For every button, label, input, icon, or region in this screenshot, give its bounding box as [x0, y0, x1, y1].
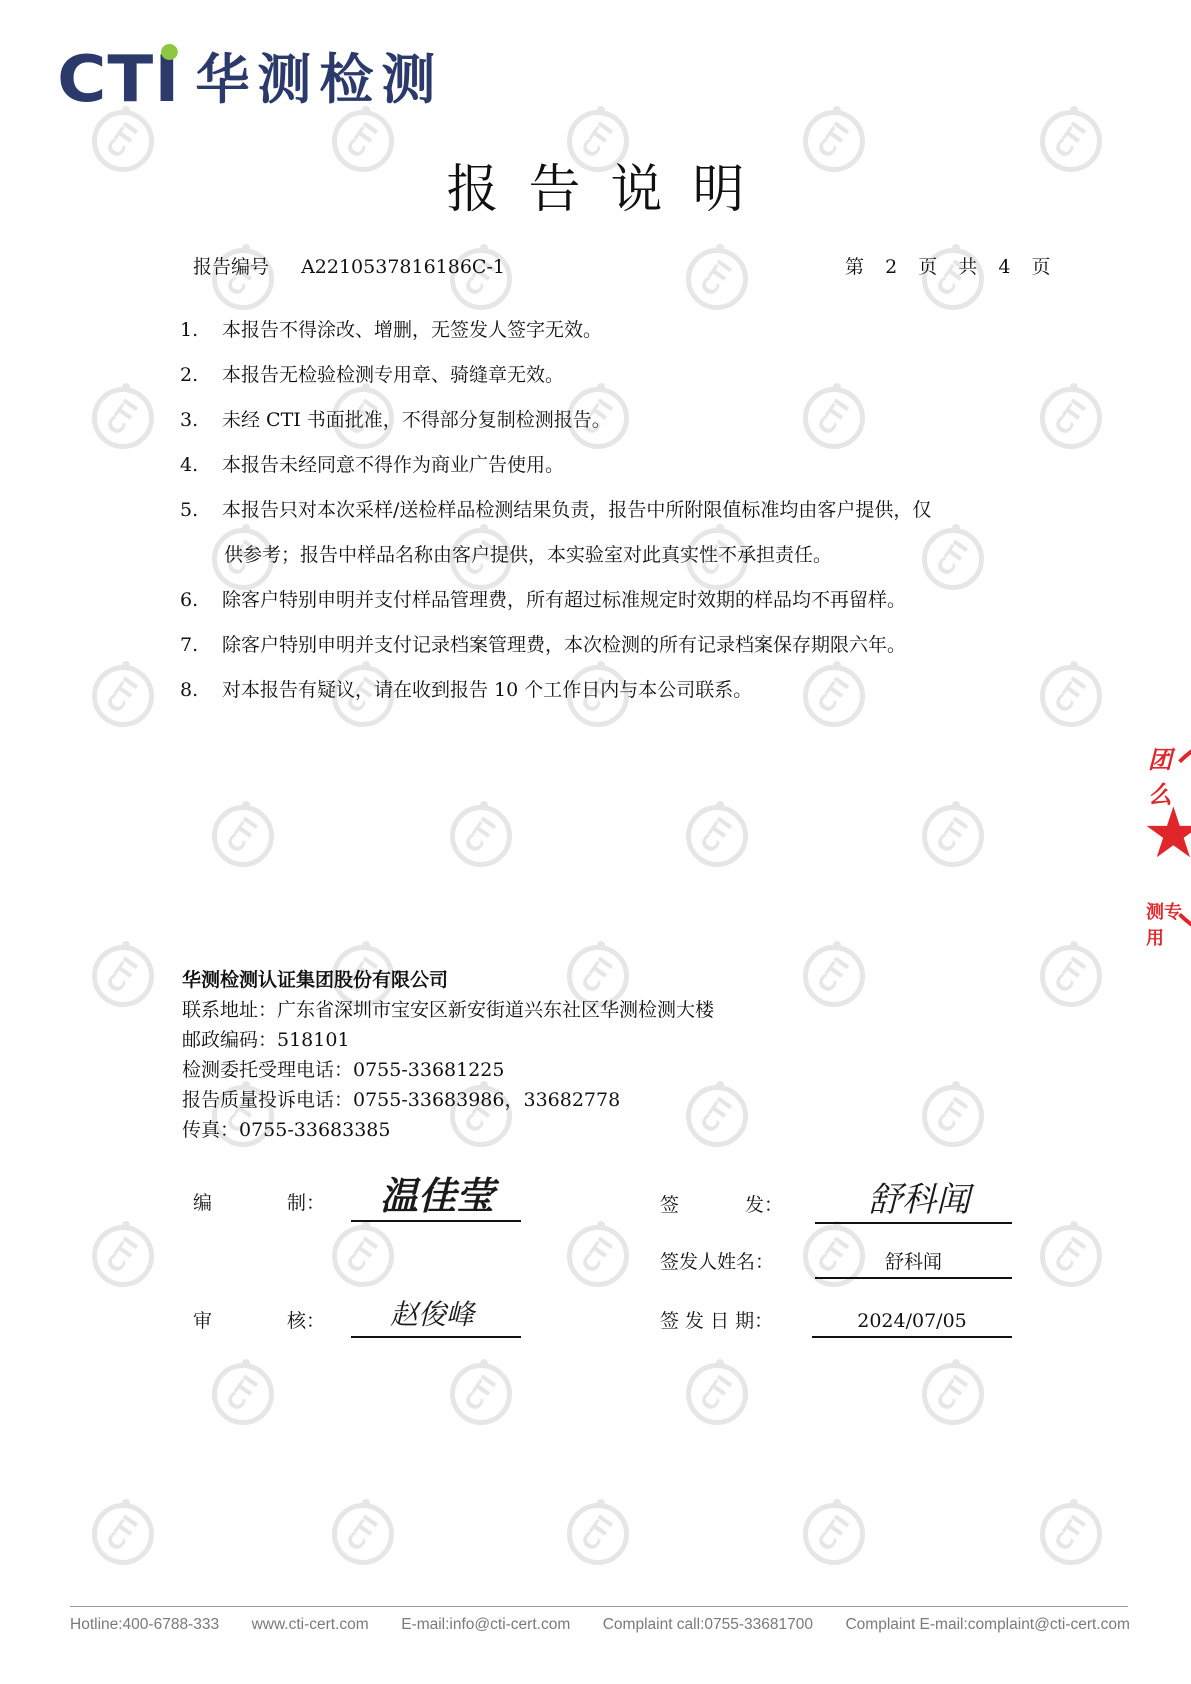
clause-number: 5.	[180, 488, 222, 533]
issuer-name: 舒科闻	[815, 1247, 1012, 1274]
clause-text: 未经 CTI 书面批准，不得部分复制检测报告。	[222, 398, 1010, 443]
footer-complaint-email[interactable]: Complaint E-mail:complaint@cti-cert.com	[845, 1616, 1129, 1634]
clause-continuation: 供参考；报告中样品名称由客户提供，本实验室对此真实性不承担责任。	[180, 533, 1010, 578]
clause-item: 5. 本报告只对本次采样/送检样品检测结果负责，报告中所附限值标准均由客户提供，…	[180, 488, 1010, 533]
clause-item: 8. 对本报告有疑议，请在收到报告 10 个工作日内与本公司联系。	[180, 668, 1010, 713]
clause-item: 3. 未经 CTI 书面批准，不得部分复制检测报告。	[180, 398, 1010, 443]
company-info: 华测检测认证集团股份有限公司 联系地址：广东省深圳市宝安区新安街道兴东社区华测检…	[182, 965, 714, 1145]
clause-text: 本报告无检验检测专用章、骑缝章无效。	[222, 353, 1010, 398]
company-name: 华测检测认证集团股份有限公司	[182, 965, 714, 995]
footer-contact-bar: Hotline:400-6788-333 www.cti-cert.com E-…	[70, 1616, 1130, 1634]
clause-text: 除客户特别申明并支付记录档案管理费，本次检测的所有记录档案保存期限六年。	[222, 623, 1010, 668]
compiler-signature: 温佳莹	[380, 1165, 494, 1220]
page-current: 2	[885, 256, 897, 278]
clause-text: 本报告未经同意不得作为商业广告使用。	[222, 443, 1010, 488]
page-suffix: 页	[1031, 256, 1050, 278]
reviewer-signature: 赵俊峰	[390, 1293, 474, 1333]
clause-text: 本报告不得涂改、增删，无签发人签字无效。	[222, 308, 1010, 353]
reviewer-label-b: 核：	[287, 1306, 325, 1333]
clause-number: 7.	[180, 623, 222, 668]
issue-date-label: 签 发 日 期：	[660, 1306, 773, 1333]
clause-number: 6.	[180, 578, 222, 623]
page-indicator: 第 2 页 共 4 页	[845, 252, 1059, 279]
footer-divider	[70, 1606, 1128, 1607]
issuer-name-label: 签发人姓名：	[660, 1247, 774, 1274]
reviewer-label-a: 审	[193, 1306, 212, 1333]
clause-number: 8.	[180, 668, 222, 713]
clause-item: 4. 本报告未经同意不得作为商业广告使用。	[180, 443, 1010, 488]
company-address: 联系地址：广东省深圳市宝安区新安街道兴东社区华测检测大楼	[182, 995, 714, 1025]
issuer-signature: 舒科闻	[868, 1172, 970, 1221]
footer-hotline: Hotline:400-6788-333	[70, 1616, 219, 1634]
report-number: 报告编号 A2210537816186C-1	[193, 252, 505, 279]
clause-text: 供参考；报告中样品名称由客户提供，本实验室对此真实性不承担责任。	[180, 533, 1010, 578]
page-title: 报告说明	[0, 160, 1191, 220]
clause-list: 1. 本报告不得涂改、增删，无签发人签字无效。 2. 本报告无检验检测专用章、骑…	[180, 308, 1010, 713]
reviewer-signature-line	[351, 1336, 521, 1338]
issuer-name-line	[815, 1277, 1012, 1279]
issuer-label-b: 发：	[745, 1190, 783, 1217]
clause-item: 1. 本报告不得涂改、增删，无签发人签字无效。	[180, 308, 1010, 353]
logo-cti-wordmark: CTI	[57, 48, 180, 112]
footer-email[interactable]: E-mail:info@cti-cert.com	[401, 1616, 570, 1634]
clause-number: 1.	[180, 308, 222, 353]
clause-item: 6. 除客户特别申明并支付样品管理费，所有超过标准规定时效期的样品均不再留样。	[180, 578, 1010, 623]
footer-complaint-call: Complaint call:0755-33681700	[603, 1616, 813, 1634]
compiler-signature-line	[351, 1220, 521, 1222]
issuer-signature-line	[815, 1222, 1012, 1224]
issue-date-line	[812, 1336, 1012, 1338]
logo-cn-wordmark: 华测检测	[195, 48, 443, 112]
complaint-phone: 报告质量投诉电话：0755-33683986，33682778	[182, 1085, 714, 1115]
clause-item: 7. 除客户特别申明并支付记录档案管理费，本次检测的所有记录档案保存期限六年。	[180, 623, 1010, 668]
clause-number: 3.	[180, 398, 222, 443]
page-prefix: 第	[845, 256, 864, 278]
official-seal-stamp: 团么 ★ 测专用	[1146, 720, 1191, 955]
fax-number: 传真：0755-33683385	[182, 1115, 714, 1145]
report-number-value: A2210537816186C-1	[301, 256, 505, 278]
compiler-label-a: 编	[193, 1188, 212, 1215]
star-icon: ★	[1146, 798, 1191, 868]
clause-number: 4.	[180, 443, 222, 488]
clause-number: 2.	[180, 353, 222, 398]
issuer-label-a: 签	[660, 1190, 679, 1217]
compiler-label-b: 制：	[287, 1188, 325, 1215]
page-total-prefix: 共	[958, 256, 977, 278]
report-number-label: 报告编号	[193, 256, 269, 278]
clause-text: 除客户特别申明并支付样品管理费，所有超过标准规定时效期的样品均不再留样。	[222, 578, 1010, 623]
company-postcode: 邮政编码：518101	[182, 1025, 714, 1055]
stamp-text-bottom: 测专用	[1146, 898, 1191, 950]
clause-text: 对本报告有疑议，请在收到报告 10 个工作日内与本公司联系。	[222, 668, 1010, 713]
page-word: 页	[918, 256, 937, 278]
footer-website[interactable]: www.cti-cert.com	[252, 1616, 369, 1634]
issue-date: 2024/07/05	[812, 1310, 1012, 1332]
clause-text: 本报告只对本次采样/送检样品检测结果负责，报告中所附限值标准均由客户提供，仅	[222, 488, 1010, 533]
page-total: 4	[998, 256, 1010, 278]
entrust-phone: 检测委托受理电话：0755-33681225	[182, 1055, 714, 1085]
report-page: CTI 华测检测 报告说明 报告编号 A2210537816186C-1 第 2…	[0, 0, 1191, 1684]
cti-logo: CTI 华测检测	[60, 48, 443, 112]
clause-item: 2. 本报告无检验检测专用章、骑缝章无效。	[180, 353, 1010, 398]
